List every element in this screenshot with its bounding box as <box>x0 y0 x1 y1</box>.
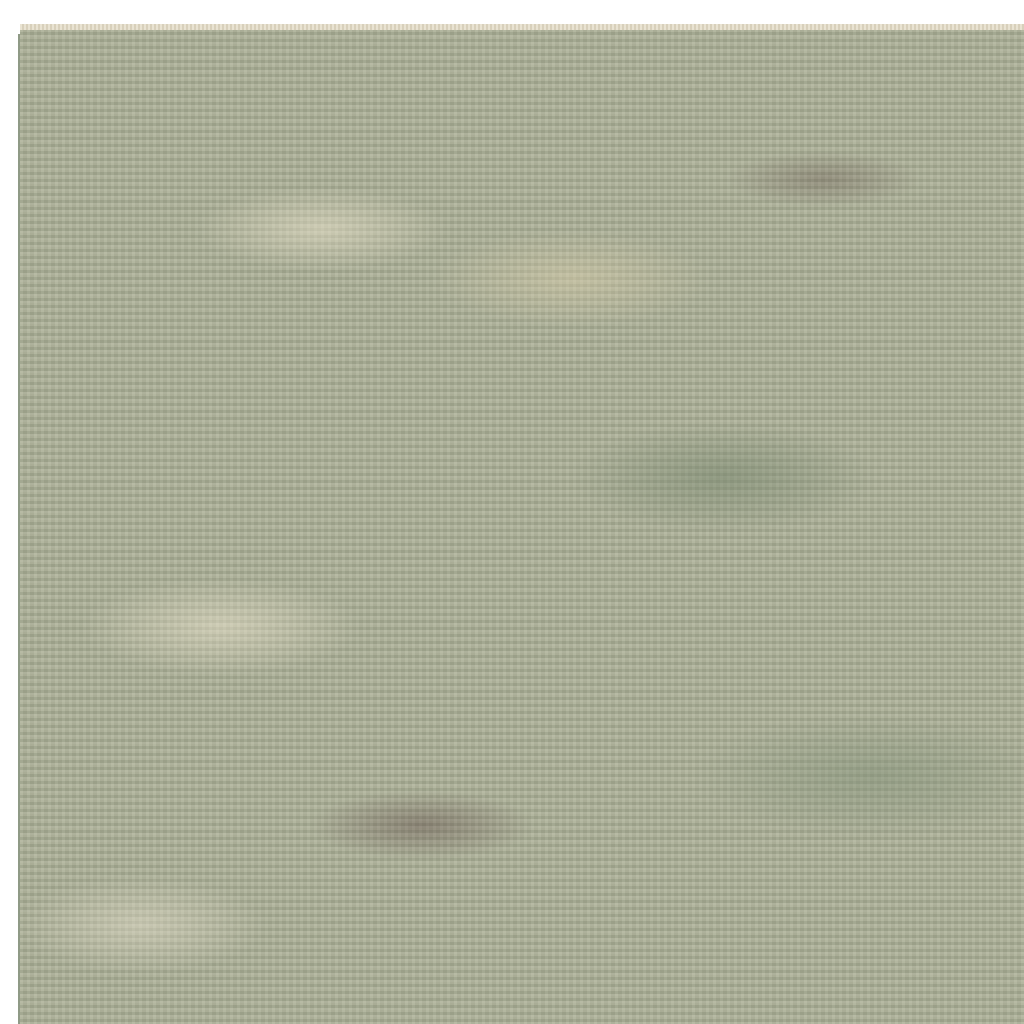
rug-surface <box>20 30 1024 1024</box>
